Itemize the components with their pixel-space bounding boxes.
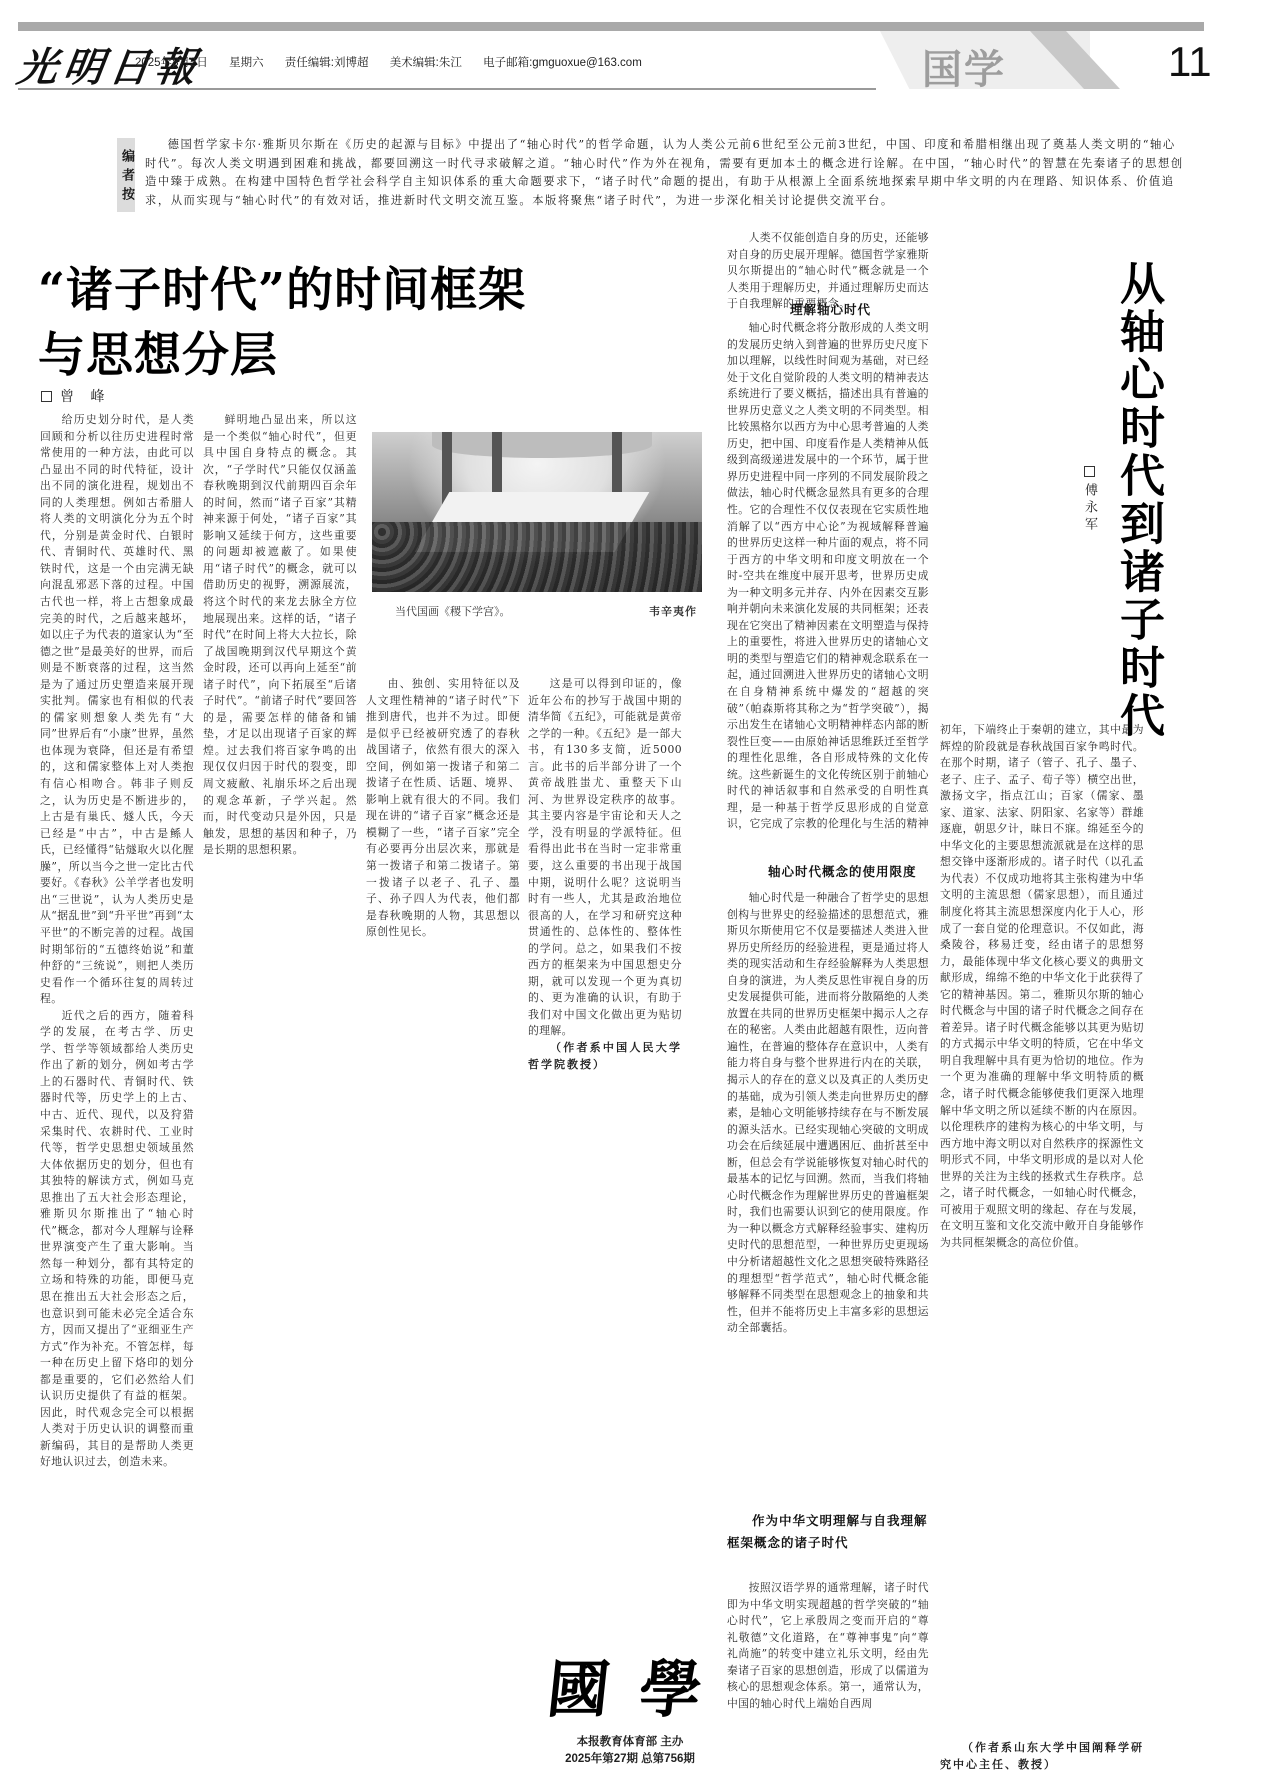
paragraph: 初年，下端终止于秦朝的建立，其中最为辉煌的阶段就是春秋战国百家争鸣时代。在那个时… xyxy=(940,722,1144,1252)
issue-meta: 2025年8月2日 星期六 责任编辑:刘博超 美术编辑:朱江 电子邮箱:gmgu… xyxy=(135,54,660,70)
masthead-rule xyxy=(18,88,876,90)
subhead-usage-limits: 轴心时代概念的使用限度 xyxy=(768,862,917,880)
paragraph: 按照汉语学界的通常理解，诸子时代即为中华文明实现超越的哲学突破的“轴心时代”，它… xyxy=(727,1580,929,1712)
right-article-title: 从轴心时代到诸子时代 xyxy=(1108,260,1168,740)
title-line-1: “诸子时代”的时间框架 xyxy=(38,258,526,323)
page-number: 11 xyxy=(1168,38,1212,86)
right-author-note: （作者系山东大学中国阐释学研究中心主任、教授） xyxy=(940,1740,1144,1774)
paragraph: 这是可以得到印证的，像近年公布的抄写于战国中期的清华简《五纪》，可能就是黄帝之学… xyxy=(528,676,682,1040)
left-article-column-3: 由、独创、实用特征以及人文理性精神的“诸子时代”下推到唐代，也并不为过。即便是似… xyxy=(366,676,520,1782)
subhead-understanding-axial-age: 理解轴心时代 xyxy=(790,300,871,318)
left-article-column-2: 鲜明地凸显出来，所以这是一个类似“轴心时代”，但更具中国自身特点的概念。其次，“… xyxy=(203,412,357,1782)
guoxue-calligraphy-logo: 國學 xyxy=(543,1640,736,1729)
sponsor-info: 本报教育体育部 主办 2025年第27期 总第756期 xyxy=(555,1734,705,1768)
painting-crowd xyxy=(372,522,702,592)
section-name: 国学 xyxy=(922,38,1006,95)
left-article-column-1: 给历史划分时代，是人类回顾和分析以往历史进程时常常使用的一种方法，由此可以凸显出… xyxy=(40,412,194,1782)
title-line-2: 与思想分层 xyxy=(38,323,526,388)
caption-text: 当代国画《稷下学宫》。 xyxy=(395,605,511,618)
left-article-byline: 曾 峰 xyxy=(41,386,110,406)
left-article-title: “诸子时代”的时间框架 与思想分层 xyxy=(38,258,526,388)
right-article-column-continued: 初年，下端终止于秦朝的建立，其中最为辉煌的阶段就是春秋战国百家争鸣时代。在那个时… xyxy=(940,722,1144,1722)
right-article-section-1: 轴心时代概念将分散形成的人类文明的发展历史纳入到普遍的世界历史尺度下加以理解，以… xyxy=(727,320,929,830)
subhead-zhuzi-age-framework: 作为中华文明理解与自我理解框架概念的诸子时代 xyxy=(727,1510,929,1554)
art-editor: 美术编辑:朱江 xyxy=(390,57,462,69)
byline-box-icon xyxy=(1084,466,1095,477)
painting-jixia-academy xyxy=(372,432,702,592)
byline-box-icon xyxy=(41,391,52,402)
editor-note-text: 德国哲学家卡尔·雅斯贝尔斯在《历史的起源与目标》中提出了“轴心时代”的哲学命题，… xyxy=(145,136,1185,210)
painting-caption: 当代国画《稷下学宫》。 韦辛夷作 xyxy=(395,603,697,619)
paragraph: 给历史划分时代，是人类回顾和分析以往历史进程时常常使用的一种方法，由此可以凸显出… xyxy=(40,412,194,1008)
left-article-column-4: 这是可以得到印证的，像近年公布的抄写于战国中期的清华简《五纪》，可能就是黄帝之学… xyxy=(528,676,682,1596)
paragraph: 近代之后的西方，随着科学的发展，在考古学、历史学、哲学等领域都给人类历史作出了新… xyxy=(40,1008,194,1471)
issue-weekday: 星期六 xyxy=(229,57,264,69)
editor-note-label: 编者按 xyxy=(117,138,135,212)
editor-note: 编者按 德国哲学家卡尔·雅斯贝尔斯在《历史的起源与目标》中提出了“轴心时代”的哲… xyxy=(117,138,1217,212)
sponsor-line: 本报教育体育部 主办 xyxy=(555,1734,705,1751)
top-gray-bar xyxy=(18,22,1204,31)
right-article-section-3: 按照汉语学界的通常理解，诸子时代即为中华文明实现超越的哲学突破的“轴心时代”，它… xyxy=(727,1580,929,1780)
paragraph: 轴心时代概念将分散形成的人类文明的发展历史纳入到普遍的世界历史尺度下加以理解，以… xyxy=(727,320,929,830)
chief-editor: 责任编辑:刘博超 xyxy=(285,57,369,69)
contact-email[interactable]: 电子邮箱:gmguoxue@163.com xyxy=(483,57,642,69)
issue-date: 2025年8月2日 xyxy=(135,57,208,69)
left-author-note: （作者系中国人民大学哲学院教授） xyxy=(528,1040,682,1074)
right-article-byline: 傅永军 xyxy=(1080,466,1099,534)
left-author-name: 曾 峰 xyxy=(60,389,110,405)
issue-line: 2025年第27期 总第756期 xyxy=(555,1751,705,1768)
paragraph: 鲜明地凸显出来，所以这是一个类似“轴心时代”，但更具中国自身特点的概念。其次，“… xyxy=(203,412,357,859)
paragraph: 由、独创、实用特征以及人文理性精神的“诸子时代”下推到唐代，也并不为过。即便是似… xyxy=(366,676,520,941)
caption-credit: 韦辛夷作 xyxy=(649,603,697,619)
right-article-section-2: 轴心时代是一种融合了哲学史的思想创构与世界史的经验描述的思想范式，雅斯贝尔斯使用… xyxy=(727,890,929,1490)
paragraph: 轴心时代是一种融合了哲学史的思想创构与世界史的经验描述的思想范式，雅斯贝尔斯使用… xyxy=(727,890,929,1337)
right-author-name: 傅永军 xyxy=(1082,483,1097,534)
